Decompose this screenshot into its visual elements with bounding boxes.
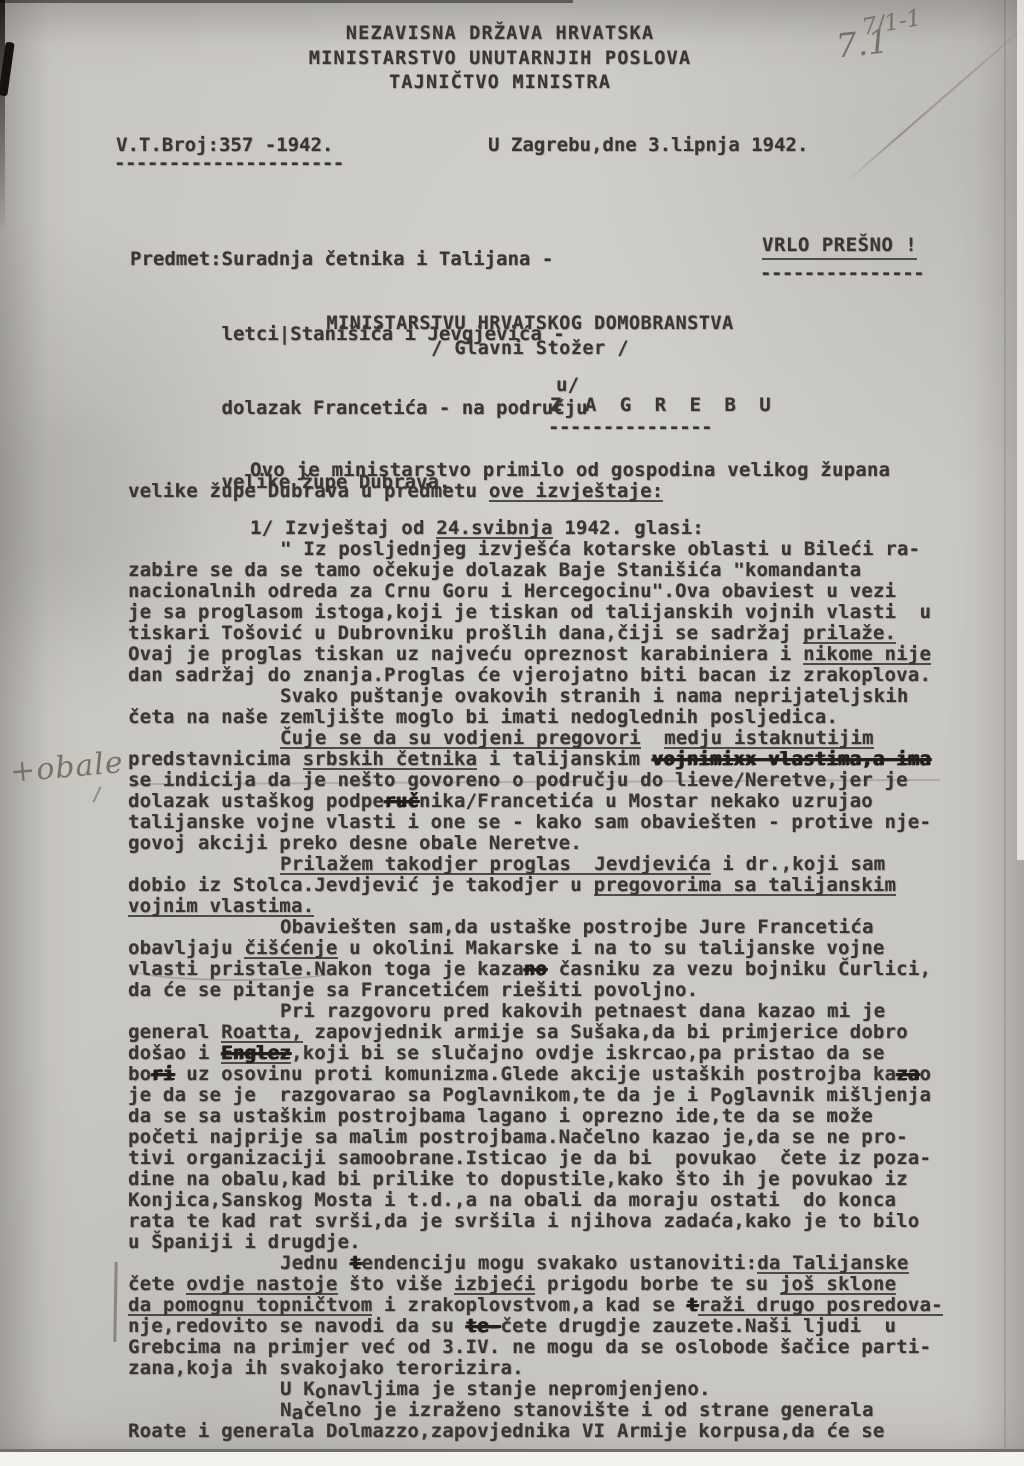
document-line: Jednu tendenciju mogu svakako ustanoviti… [128, 1253, 988, 1274]
urgency-stamp: VRLO PREŠNO ! [762, 234, 917, 260]
document-text-segment: o [722, 1087, 734, 1109]
paragraph-gap [128, 502, 988, 518]
addressee-city: Z A G R E B U [550, 394, 777, 416]
document-text-segment: za [896, 1063, 919, 1085]
document-line: U Konavljima je stanje nepromjenjeno. [128, 1379, 988, 1400]
addressee-city-dashes: --------------- [548, 416, 712, 438]
document-line: da se sa ustaškim postrojbama lagano i o… [128, 1106, 988, 1127]
document-text-segment: još sklone [780, 1273, 896, 1295]
scan-edge-top [0, 0, 573, 3]
document-text-segment: ri [151, 1063, 174, 1085]
document-line: " Iz posljednjeg izvješća kotarske oblas… [128, 539, 988, 560]
document-line: obavljaju čišćenje u okolini Makarske i … [128, 938, 988, 959]
document-line: tivi organizaciji samoobrane.Isticao je … [128, 1148, 988, 1169]
handwritten-archive-number-large: 7.1 [834, 21, 890, 65]
document-text-segment: da Talijanske [757, 1252, 908, 1274]
document-line: Konjica,Sanskog Mosta i t.d.,a na obali … [128, 1190, 988, 1211]
document-line: govoj akciji preko desne obale Neretve. [128, 833, 988, 854]
scan-edge-right [1017, 0, 1024, 860]
document-line: Pri razgovoru pred kakovih petnaest dana… [128, 1001, 988, 1022]
document-text-segment: vojnimixx vlastima,a ima [652, 748, 931, 770]
document-text-segment: čišćenje [244, 937, 337, 959]
document-line: došao i Englez,koji bi se slučajno ovdje… [128, 1043, 988, 1064]
document-line: bori uz osovinu proti komunizma.Glede ak… [128, 1064, 988, 1085]
document-line: četa na naše zemljište moglo bi imati ne… [128, 707, 988, 728]
document-line: velike župe Dubrava u predmetu ove izvje… [128, 481, 988, 502]
document-line: Obaviešten sam,da ustaške postrojbe Jure… [128, 917, 988, 938]
document-line: Načelno je izraženo stanovište i od stra… [128, 1400, 988, 1421]
document-line: da će se pitanje sa Francetićem riešiti … [128, 980, 988, 1001]
paper-crease-vertical [1004, 0, 1006, 1466]
scanned-document-page: NEZAVISNA DRŽAVA HRVATSKA MINISTARSTVO U… [0, 0, 1024, 1466]
document-line: rata te kad rat svrši,da je svršila i nj… [128, 1211, 988, 1232]
document-line: dobio iz Stolca.Jevdjević je takodjer u … [128, 875, 988, 896]
document-body: Ovo je ministarstvo primilo od gospodina… [128, 460, 988, 1442]
document-line: Roate i generala Dolmazzo,zapovjednika V… [128, 1421, 988, 1442]
document-text-segment: vojnim vlastima. [128, 895, 314, 917]
document-text-segment: izbjeći [454, 1273, 535, 1295]
document-line: general Roatta, zapovjednik armije sa Su… [128, 1022, 988, 1043]
document-text-segment: ove izvještaje: [489, 480, 664, 502]
document-text-segment: o [315, 1381, 327, 1403]
document-text-segment: t [350, 1252, 362, 1274]
addressee-line-2: / Glavni Stožer / [0, 337, 1024, 362]
addressee-in-prefix: u/ [556, 374, 579, 396]
document-line: Grebcima na primjer već od 3.IV. ne mogu… [128, 1337, 988, 1358]
letterhead-line-3: TAJNIČTVO MINISTRA [0, 71, 1000, 96]
document-line: nacionalnih odreda za Crnu Goru i Herceg… [128, 581, 988, 602]
urgency-stamp-dashes: --------------- [760, 262, 924, 284]
document-line: talijanske vojne vlasti i one se - kako … [128, 812, 988, 833]
document-text-segment: Roatta, [221, 1021, 302, 1043]
document-line: tiskari Tošović u Dubrovniku prošlih dan… [128, 623, 988, 644]
handwritten-margin-note: +obale [9, 745, 125, 790]
document-text-segment: medju istaknutijim [664, 727, 874, 749]
document-line: vlasti pristale.Nakon toga je kazano čas… [128, 959, 988, 980]
document-line: zana,koja ih svakojako terorizira. [128, 1358, 988, 1379]
document-line: vojnim vlastima. [128, 896, 988, 917]
place-and-date: U Zagrebu,dne 3.lipnja 1942. [488, 134, 808, 156]
scan-edge-bottom [0, 1449, 1024, 1466]
document-text-segment: Čuje se da su vodjeni pregovori [280, 727, 641, 749]
document-line: da pomognu topničtvom i zrakoplovstvom,a… [128, 1295, 988, 1316]
document-text-segment: pregovorima sa talijanskim [594, 874, 897, 896]
document-text-segment: nikome nije [803, 643, 931, 665]
subject-line-3: dolazak Francetića - na području [130, 396, 588, 421]
document-line: zabire se da se tamo očekuje dolazak Baj… [128, 560, 988, 581]
document-text-segment: ovdje nastoje [186, 1273, 337, 1295]
document-text-segment: a [292, 1402, 304, 1424]
document-line: se indicija da je nešto govoreno o podru… [128, 770, 988, 791]
addressee-block: MINISTARSTVU HRVATSKOG DOMOBRANSTVA / Gl… [0, 312, 1024, 361]
document-text-segment: 24.svibnja [436, 517, 552, 539]
document-line: je sa proglasom istoga,koji je tiskan od… [128, 602, 988, 623]
document-line: dine na obalu,kad bi prilike to dopustil… [128, 1169, 988, 1190]
document-text-segment: srbskih četnika [303, 748, 478, 770]
document-line: Ovaj je proglas tiskan uz najveću oprezn… [128, 644, 988, 665]
addressee-line-1: MINISTARSTVU HRVATSKOG DOMOBRANSTVA [0, 312, 1024, 337]
document-text-segment: te- [466, 1315, 501, 1337]
document-line: u Španiji i drugdje. [128, 1232, 988, 1253]
document-line: Ovo je ministarstvo primilo od gospodina… [128, 460, 988, 481]
document-text-segment: no [524, 958, 547, 980]
document-text-segment: t [687, 1294, 699, 1316]
reference-underline-dashes: --------------------- [114, 152, 344, 174]
document-line: Prilažem takodjer proglas Jevdjevića i d… [128, 854, 988, 875]
document-line: predstavnicima srbskih četnika i talijan… [128, 749, 988, 770]
pencil-margin-line [113, 1262, 117, 1342]
document-text-segment: Prilažem takodjer proglas Jevdjevića [280, 853, 711, 875]
document-line: Svako puštanje ovakovih stranih i nama n… [128, 686, 988, 707]
document-line: je da se je razgovarao sa Poglavnikom,te… [128, 1085, 988, 1106]
document-text-segment: da pomognu topničtvom [128, 1294, 372, 1316]
subject-line-1: Predmet:Suradnja četnika i Talijana - [130, 247, 588, 272]
document-text-segment: Englez [221, 1042, 291, 1064]
document-line: čete ovdje nastoje što više izbjeći prig… [128, 1274, 988, 1295]
document-line: dolazak ustaškog podperučnika/Francetića… [128, 791, 988, 812]
document-text-segment: prilaže. [803, 622, 896, 644]
document-line: 1/ Izvještaj od 24.svibnja 1942. glasi: [128, 518, 988, 539]
document-text-segment: ruč [384, 790, 419, 812]
document-line: Čuje se da su vodjeni pregovori medju is… [128, 728, 988, 749]
document-line: nje,redovito se navodi da su te-čete dru… [128, 1316, 988, 1337]
document-line: dan sadržaj do znanja.Proglas će vjeroja… [128, 665, 988, 686]
document-line: početi najprije sa malim postrojbama.Nač… [128, 1127, 988, 1148]
pencil-slash-mark [93, 786, 102, 802]
document-text-segment: raži drugo posredova- [698, 1294, 942, 1316]
